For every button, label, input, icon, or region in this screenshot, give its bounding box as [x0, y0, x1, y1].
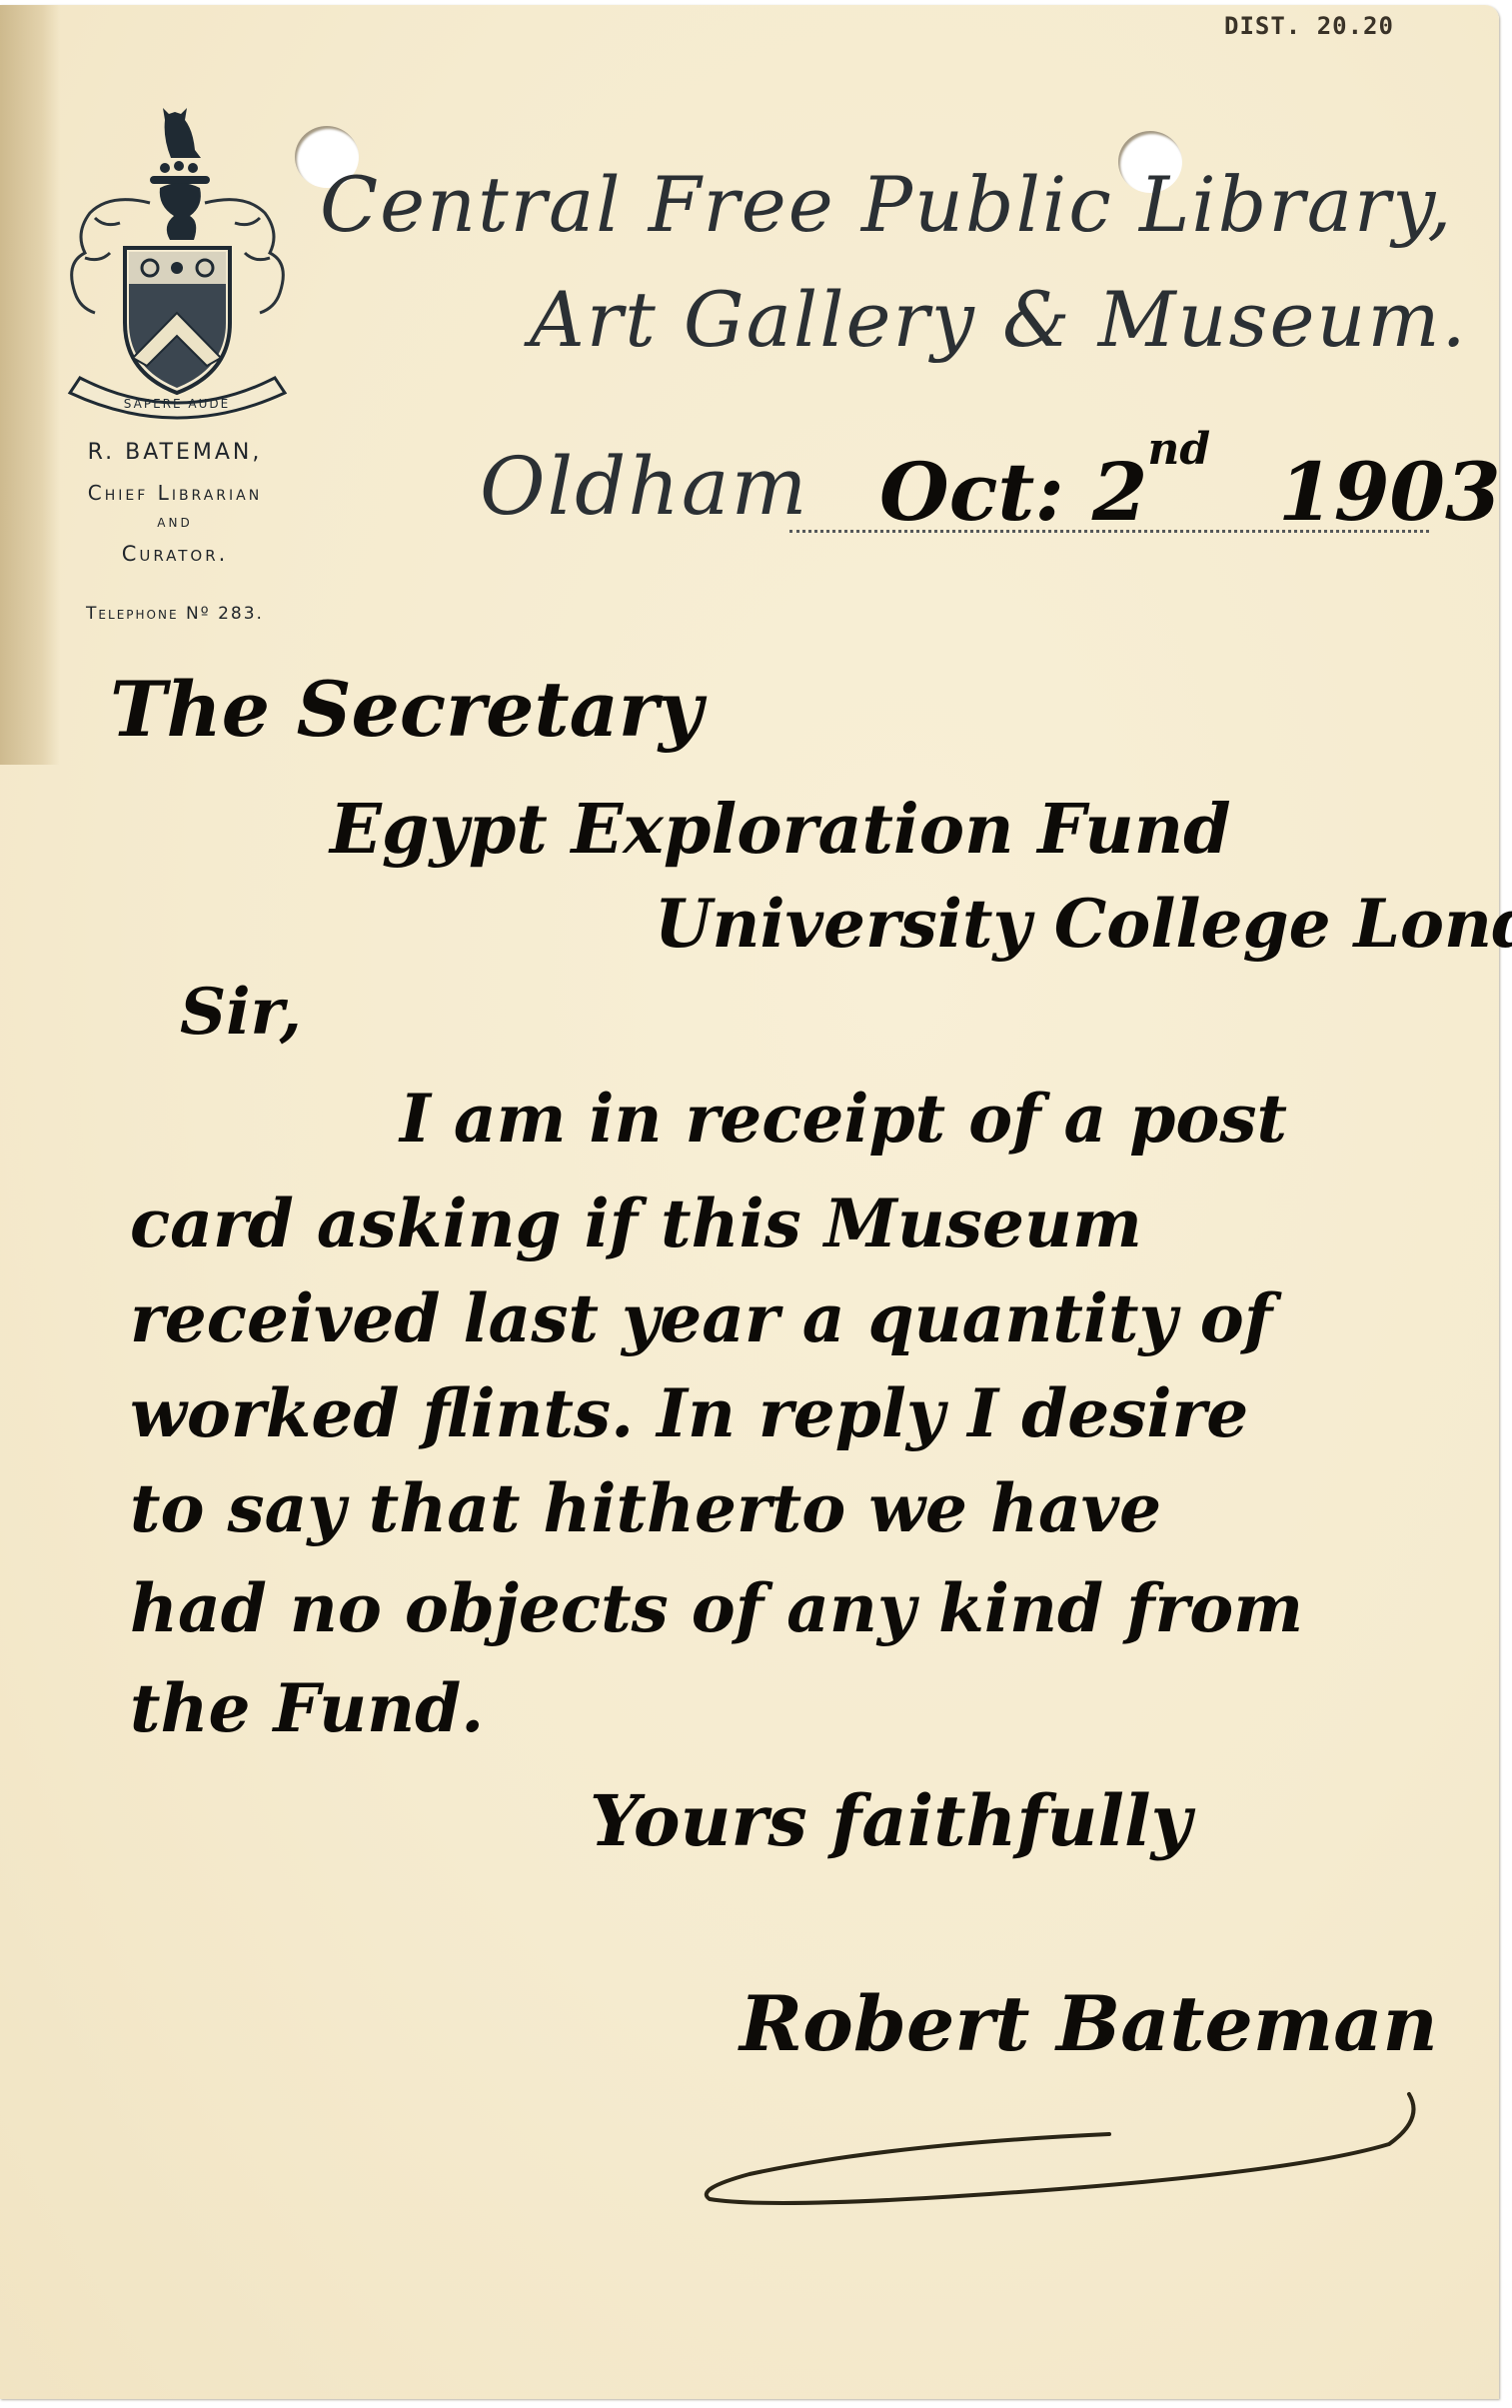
body-line: to say that hitherto we have — [130, 1469, 1161, 1547]
institution-name-line2: Art Gallery & Museum. — [530, 275, 1468, 364]
telephone-number: Telephone Nº 283. — [30, 604, 320, 624]
place-name: Oldham — [480, 440, 808, 533]
signature: Robert Bateman — [740, 1979, 1438, 2068]
body-line: received last year a quantity of — [130, 1279, 1272, 1357]
librarian-title: Chief Librarian — [30, 481, 320, 505]
title-conjunction: AND — [30, 516, 320, 530]
body-line: worked flints. In reply I desire — [130, 1374, 1248, 1452]
letter-date: Oct: 2nd 1903 — [879, 445, 1501, 539]
body-line: the Fund. — [130, 1669, 484, 1747]
addressee-organization: Egypt Exploration Fund — [330, 790, 1231, 870]
date-year: 1903 — [1278, 445, 1501, 539]
archive-annotation: DIST. 20.20 — [1224, 12, 1394, 40]
body-line: card asking if this Museum — [130, 1185, 1142, 1262]
date-month-day: Oct: 2 — [879, 445, 1147, 539]
addressee-title: The Secretary — [110, 665, 703, 754]
body-line: had no objects of any kind from — [130, 1569, 1303, 1647]
curator-title: Curator. — [30, 542, 320, 566]
closing: Yours faithfully — [590, 1779, 1191, 1862]
librarian-name: R. BATEMAN, — [30, 440, 320, 465]
addressee-location: University College London — [655, 885, 1512, 963]
signature-flourish-icon — [690, 2089, 1429, 2209]
date-suffix: nd — [1147, 424, 1210, 475]
svg-text:SAPERE AUDE: SAPERE AUDE — [124, 397, 230, 411]
body-line: I am in receipt of a post — [400, 1080, 1287, 1158]
institution-name-line1: Central Free Public Library, — [320, 160, 1453, 249]
salutation: Sir, — [180, 975, 302, 1050]
coat-of-arms-icon: SAPERE AUDE — [55, 108, 300, 428]
age-stain — [0, 5, 60, 765]
